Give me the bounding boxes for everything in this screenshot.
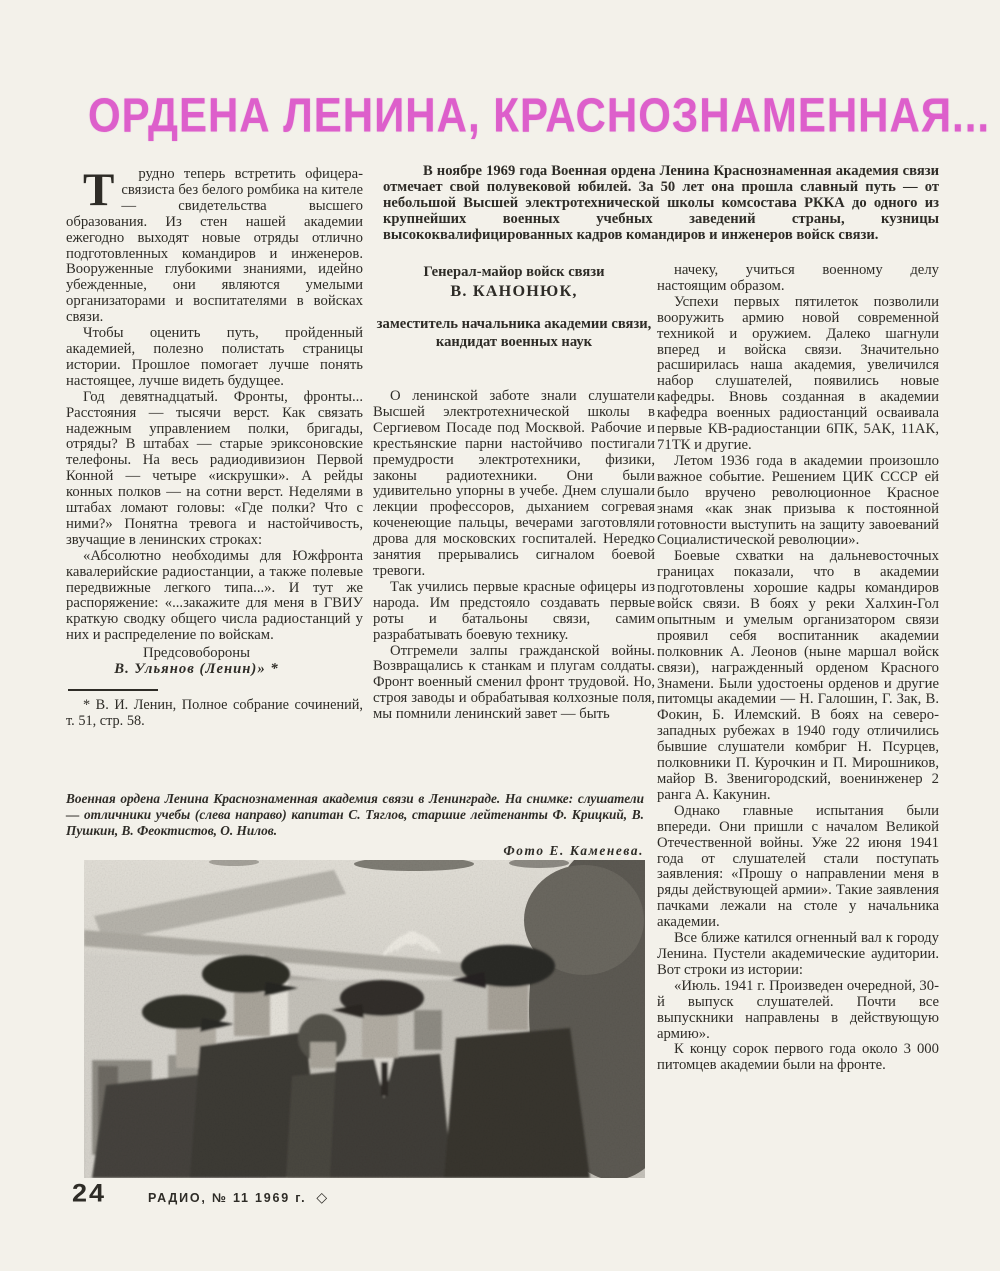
paragraph: Однако главные испытания были впереди. О…: [657, 804, 939, 931]
photo-caption-text: Военная ордена Ленина Краснознаменная ак…: [66, 791, 644, 840]
left-column: Трудно теперь встретить офицера-связиста…: [66, 167, 363, 730]
paragraph: Год девятнадцатый. Фронты, фронты... Рас…: [66, 390, 363, 549]
paragraph: Отгремели залпы гражданской войны. Возвр…: [373, 644, 655, 724]
author-position: заместитель начальника академии связи, к…: [373, 316, 655, 351]
article-title: ОРДЕНА ЛЕНИНА, КРАСНОЗНАМЕННАЯ...: [88, 88, 958, 143]
right-column: начеку, учиться военному делу настоящим …: [657, 263, 939, 1074]
photo-caption: Военная ордена Ленина Краснознаменная ак…: [66, 791, 644, 859]
drop-cap: Т: [66, 167, 121, 209]
signature-title: Предсовобороны: [66, 646, 327, 662]
paragraph: Успехи первых пятилеток позволили вооруж…: [657, 295, 939, 454]
paragraph: «Абсолютно необходимы для Южфронта кавал…: [66, 549, 363, 644]
author-byline: Генерал-майор войск связи В. КАНОНЮК, за…: [373, 264, 655, 351]
magazine-page: ОРДЕНА ЛЕНИНА, КРАСНОЗНАМЕННАЯ... В нояб…: [0, 0, 1000, 1271]
paragraph: Так учились первые красные офицеры из на…: [373, 580, 655, 644]
academy-photo-art: [84, 860, 645, 1178]
signature-name: В. Ульянов (Ленин)» *: [66, 662, 327, 678]
paragraph: начеку, учиться военному делу настоящим …: [657, 263, 939, 295]
author-name: В. КАНОНЮК,: [373, 282, 655, 301]
paragraph: О ленинской заботе знали слушатели Высше…: [373, 389, 655, 580]
academy-photo: [84, 860, 645, 1178]
footnote-divider: [68, 689, 158, 691]
diamond-icon: ◇: [316, 1189, 327, 1206]
paragraph: Чтобы оценить путь, пройденный академией…: [66, 326, 363, 390]
paragraph: Боевые схватки на дальневосточных границ…: [657, 549, 939, 804]
page-number: 24: [72, 1179, 106, 1208]
paragraph: «Июль. 1941 г. Произведен очередной, 30-…: [657, 979, 939, 1043]
page-footer: 24 РАДИО, № 11 1969 г. ◇: [72, 1178, 327, 1209]
lead-paragraph: В ноябре 1969 года Военная ордена Ленина…: [383, 164, 939, 244]
photo-credit: Фото Е. Каменева.: [66, 843, 644, 859]
author-rank: Генерал-майор войск связи: [373, 264, 655, 281]
middle-column: О ленинской заботе знали слушатели Высше…: [373, 389, 655, 723]
paragraph: Трудно теперь встретить офицера-связиста…: [66, 167, 363, 326]
quote-signature: Предсовобороны В. Ульянов (Ленин)» *: [66, 646, 363, 678]
paragraph: Летом 1936 года в академии произошло важ…: [657, 454, 939, 549]
footnote: * В. И. Ленин, Полное собрание сочинений…: [66, 698, 363, 730]
paragraph: Все ближе катился огненный вал к городу …: [657, 931, 939, 979]
paragraph: К концу сорок первого года около 3 000 п…: [657, 1042, 939, 1074]
magazine-issue: РАДИО, № 11 1969 г.: [148, 1191, 306, 1205]
